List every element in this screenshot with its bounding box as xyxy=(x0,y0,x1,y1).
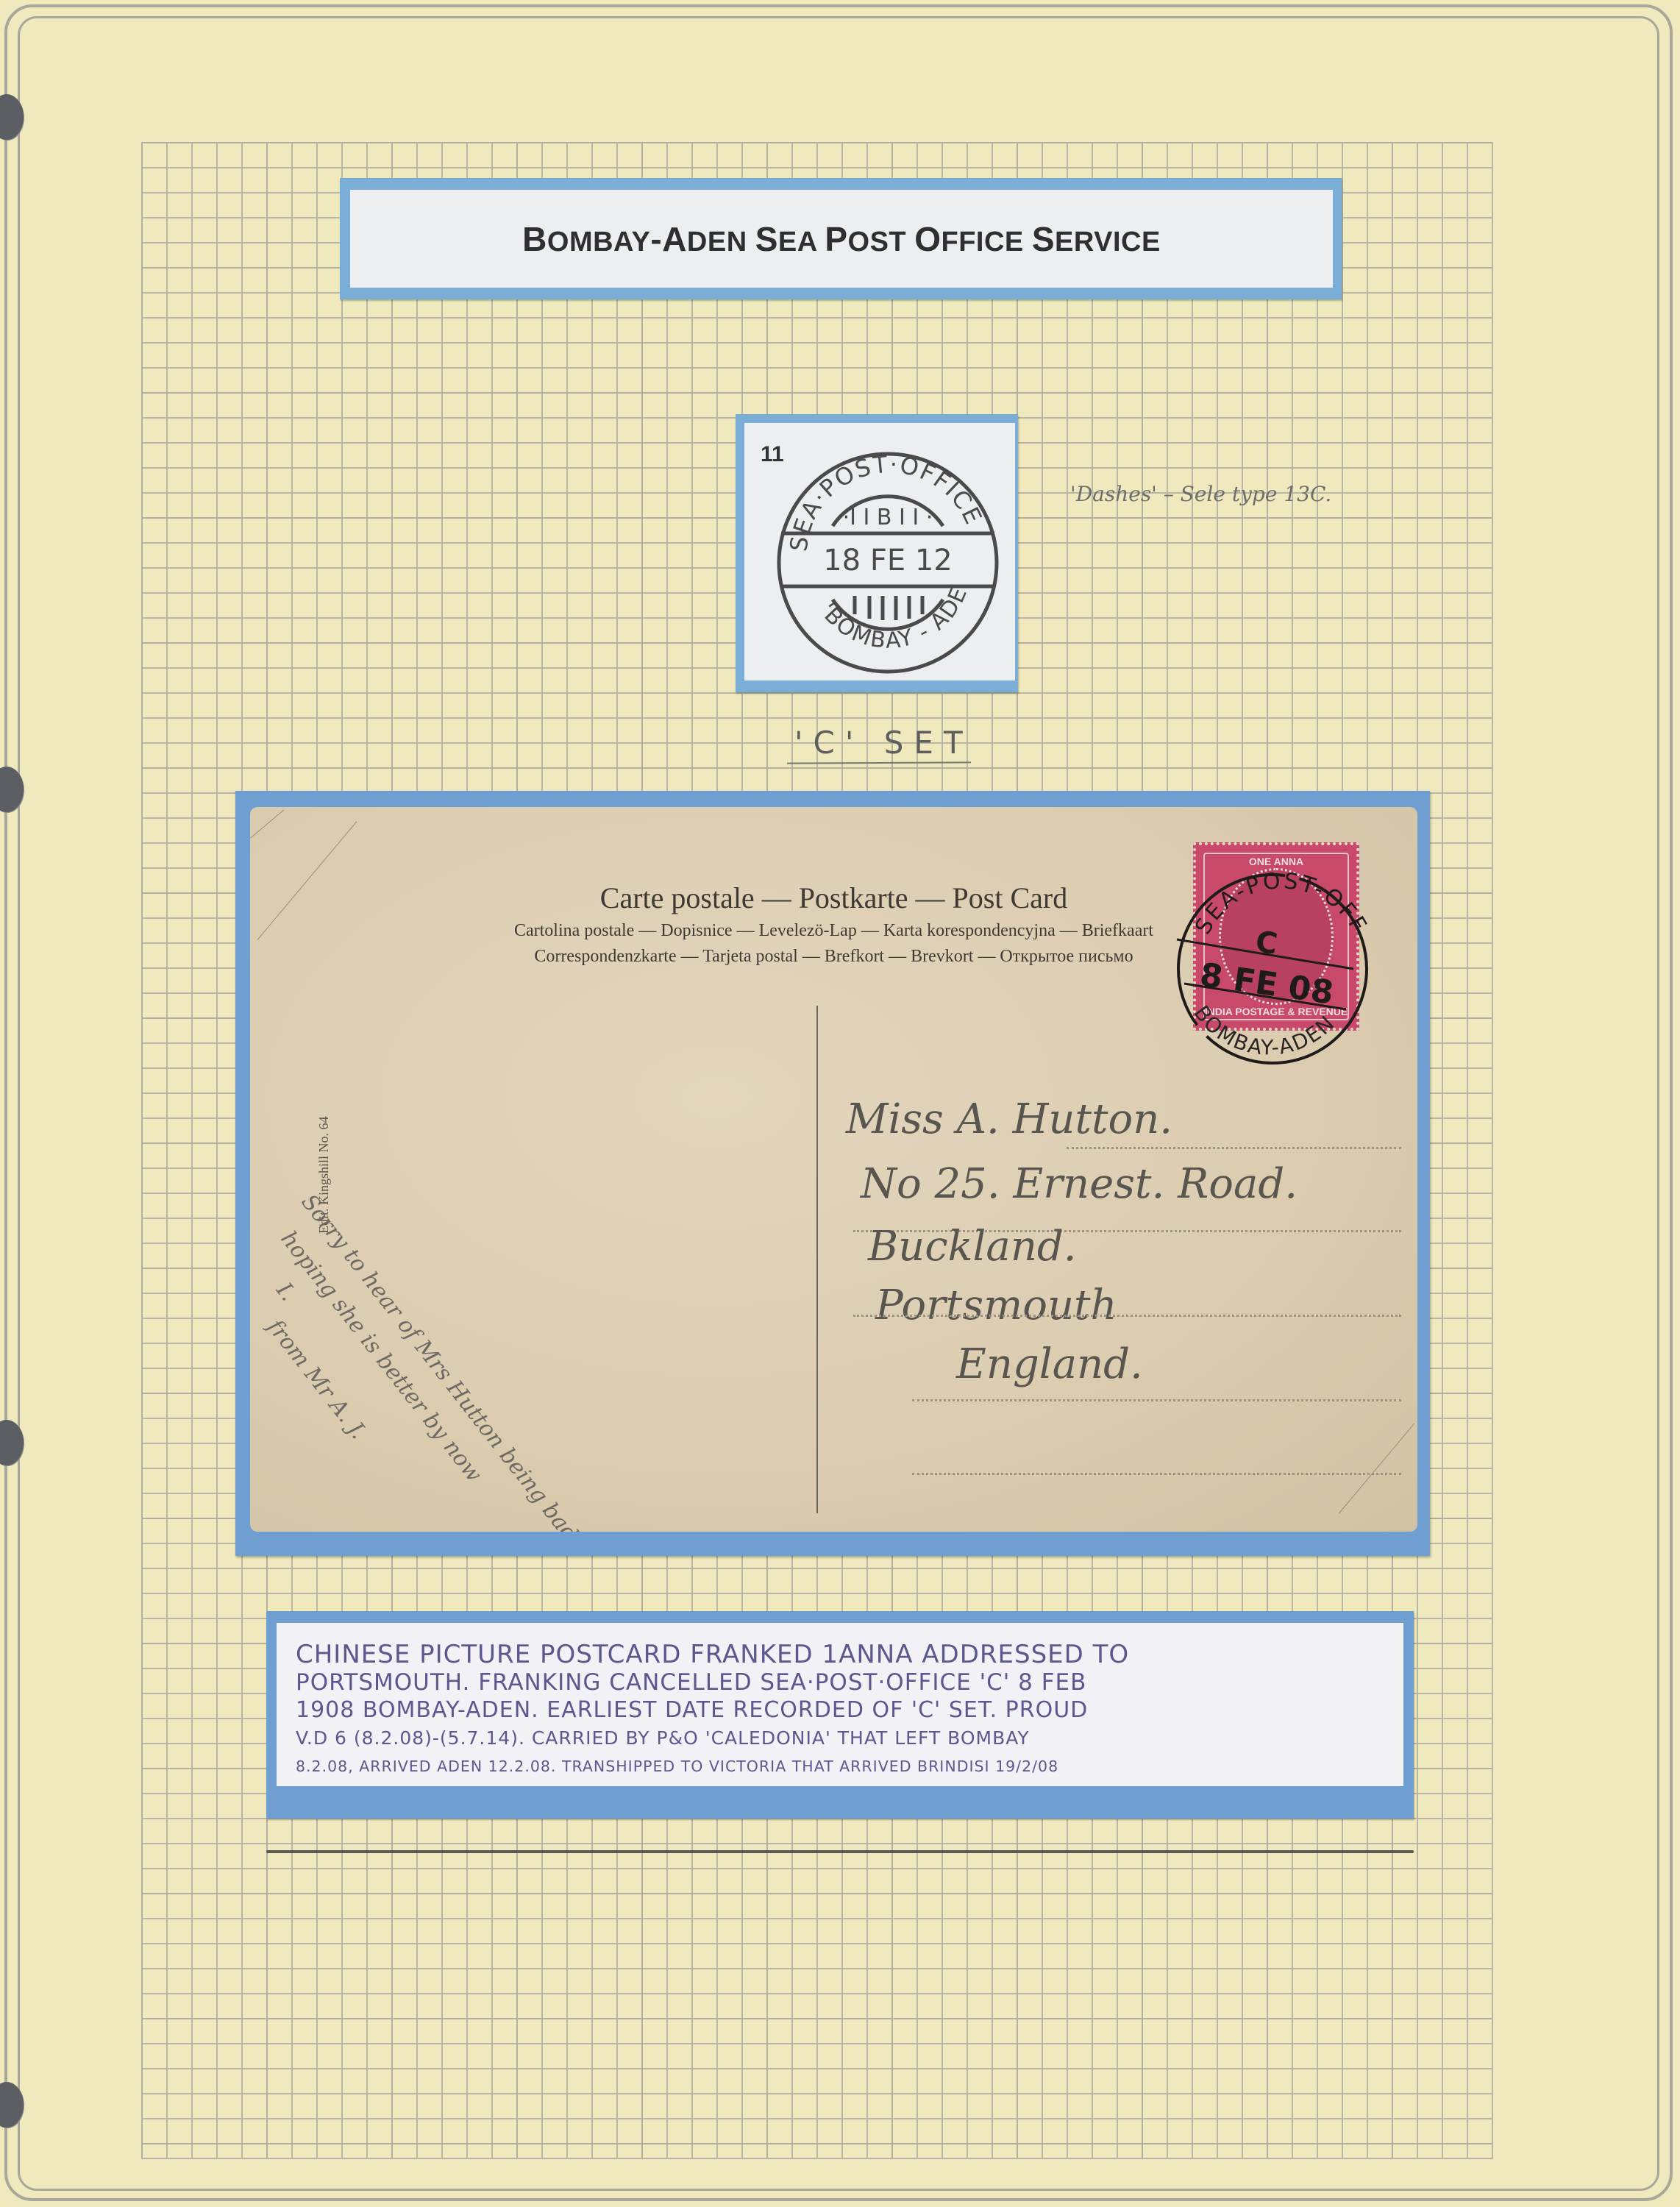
address-rule xyxy=(853,1315,1401,1317)
corner-slit xyxy=(250,810,284,839)
sea-post-office-cancel-icon: SEA-POST-OFF BOMBAY-ADEN C 8 FE 08 xyxy=(1155,859,1375,1072)
svg-text:8 FE 08: 8 FE 08 xyxy=(1197,956,1336,1012)
address-line: England. xyxy=(956,1340,1143,1388)
description-mount: Chinese picture postcard franked 1anna a… xyxy=(266,1611,1414,1819)
section-label: 'C' SET xyxy=(794,725,973,761)
address-rule xyxy=(912,1399,1401,1401)
svg-text:SEA·POST·OFFICE: SEA·POST·OFFICE xyxy=(784,450,988,553)
address-line: Miss A. Hutton. xyxy=(846,1095,1172,1143)
corner-slit xyxy=(1339,1424,1415,1514)
description-line: Portsmouth. Franking cancelled Sea·Post·… xyxy=(296,1668,1387,1696)
address-rule xyxy=(912,1473,1401,1475)
description-line: V.D 6 (8.2.08)-(5.7.14). Carried by P&O … xyxy=(296,1724,1387,1752)
svg-text:SEA-POST-OFF: SEA-POST-OFF xyxy=(1190,868,1373,939)
title-label-mount: BOMBAY-ADEN SEA POST OFFICE SERVICE xyxy=(340,178,1342,299)
description-line: 1908 Bombay-Aden. Earliest date recorded… xyxy=(296,1696,1387,1724)
postcard-divider xyxy=(816,1006,818,1513)
type-note: 'Dashes' – Sele type 13C. xyxy=(1070,482,1331,506)
address-line: Buckland. xyxy=(868,1223,1077,1270)
message-line: Sorry to hear of Mrs Hutton being bad xyxy=(296,1190,583,1532)
address-rule xyxy=(1067,1147,1401,1149)
address-line: No 25. Ernest. Road. xyxy=(861,1160,1298,1208)
message-line: I. xyxy=(271,1278,301,1306)
description-line: 8.2.08, arrived Aden 12.2.08. Transhippe… xyxy=(296,1752,1387,1780)
description-line: Chinese picture postcard franked 1anna a… xyxy=(296,1641,1387,1668)
page-title: BOMBAY-ADEN SEA POST OFFICE SERVICE xyxy=(522,219,1161,259)
description-label: Chinese picture postcard franked 1anna a… xyxy=(277,1623,1403,1786)
section-rule xyxy=(266,1850,1414,1853)
svg-text:·I I B I I ·: ·I I B I I · xyxy=(843,505,933,530)
sea-post-office-postmark-icon: SEA·POST·OFFICE 'BOMBAY - ADEN ·I I B I … xyxy=(766,438,1009,680)
postmark-sample-mount: 11 SEA·POST·OFFICE 'BOMBAY - ADEN ·I I B… xyxy=(736,414,1018,692)
postcard-mount: Carte postale — Postkarte — Post Card Ca… xyxy=(235,791,1430,1556)
postcard: Carte postale — Postkarte — Post Card Ca… xyxy=(250,807,1417,1532)
postmark-sample: 11 SEA·POST·OFFICE 'BOMBAY - ADEN ·I I B… xyxy=(744,423,1015,680)
address-line: Portsmouth xyxy=(875,1282,1117,1329)
title-label: BOMBAY-ADEN SEA POST OFFICE SERVICE xyxy=(350,190,1333,288)
svg-text:18 FE 12: 18 FE 12 xyxy=(823,544,953,577)
